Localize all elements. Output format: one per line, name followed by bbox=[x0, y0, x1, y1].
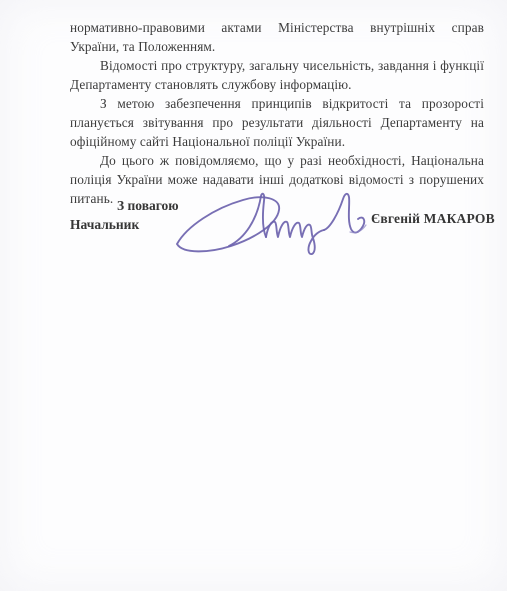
body-paragraph: З метою забезпечення принципів відкритос… bbox=[70, 94, 484, 151]
letter-body: нормативно-правовими актами Міністерства… bbox=[70, 18, 484, 208]
letter-page: нормативно-правовими актами Міністерства… bbox=[0, 0, 507, 591]
signer-name: Євгеній МАКАРОВ bbox=[371, 211, 495, 227]
handwritten-signature-icon bbox=[167, 182, 371, 262]
body-paragraph: нормативно-правовими актами Міністерства… bbox=[70, 18, 484, 56]
body-paragraph: Відомості про структуру, загальну чисель… bbox=[70, 56, 484, 94]
